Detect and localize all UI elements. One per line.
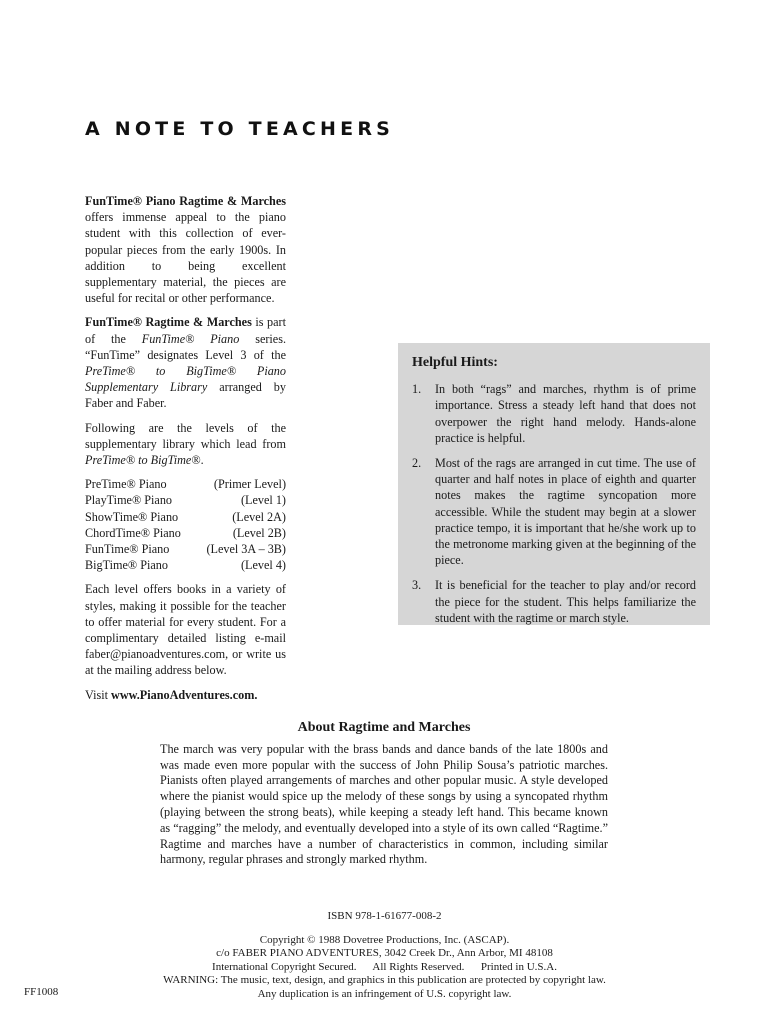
infringement-line: Any duplication is an infringement of U.… — [0, 988, 769, 1002]
rights-line: International Copyright Secured. All Rig… — [0, 961, 769, 975]
isbn: ISBN 978-1-61677-008-2 — [0, 910, 769, 924]
hints-heading: Helpful Hints: — [412, 355, 696, 371]
about-heading: About Ragtime and Marches — [160, 720, 608, 736]
catalog-code: FF1008 — [24, 986, 58, 998]
copyright-footer: ISBN 978-1-61677-008-2 Copyright © 1988 … — [0, 910, 769, 1001]
levels-intro-paragraph: Following are the levels of the suppleme… — [85, 420, 286, 469]
level-row: ShowTime® Piano(Level 2A) — [85, 509, 286, 525]
helpful-hints-box: Helpful Hints: 1.In both “rags” and marc… — [398, 343, 710, 625]
book-title-bold: FunTime® Piano Ragtime & Marches — [85, 194, 286, 208]
intro-paragraph: FunTime® Piano Ragtime & Marches offers … — [85, 193, 286, 306]
hints-list: 1.In both “rags” and marches, rhythm is … — [412, 381, 696, 626]
about-section: About Ragtime and Marches The march was … — [160, 720, 608, 868]
level-row: FunTime® Piano(Level 3A – 3B) — [85, 541, 286, 557]
contact-paragraph: Each level offers books in a variety of … — [85, 581, 286, 678]
about-body: The march was very popular with the bras… — [160, 742, 608, 868]
hint-item: 3.It is beneficial for the teacher to pl… — [412, 577, 696, 626]
address-line: c/o FABER PIANO ADVENTURES, 3042 Creek D… — [0, 947, 769, 961]
page-title: A NOTE TO TEACHERS — [85, 118, 394, 140]
series-paragraph: FunTime® Ragtime & Marches is part of th… — [85, 314, 286, 411]
level-row: PreTime® Piano(Primer Level) — [85, 476, 286, 492]
website-link[interactable]: www.PianoAdventures.com. — [111, 688, 257, 702]
hint-item: 2.Most of the rags are arranged in cut t… — [412, 455, 696, 568]
level-row: ChordTime® Piano(Level 2B) — [85, 525, 286, 541]
hint-item: 1.In both “rags” and marches, rhythm is … — [412, 381, 696, 446]
levels-list: PreTime® Piano(Primer Level) PlayTime® P… — [85, 476, 286, 573]
visit-paragraph: Visit www.PianoAdventures.com. — [85, 687, 286, 703]
warning-line: WARNING: The music, text, design, and gr… — [0, 974, 769, 988]
series-title-bold: FunTime® Ragtime & Marches — [85, 315, 252, 329]
level-row: BigTime® Piano(Level 4) — [85, 557, 286, 573]
copyright-line: Copyright © 1988 Dovetree Productions, I… — [0, 934, 769, 948]
level-row: PlayTime® Piano(Level 1) — [85, 492, 286, 508]
teacher-note-column: FunTime® Piano Ragtime & Marches offers … — [85, 193, 286, 711]
